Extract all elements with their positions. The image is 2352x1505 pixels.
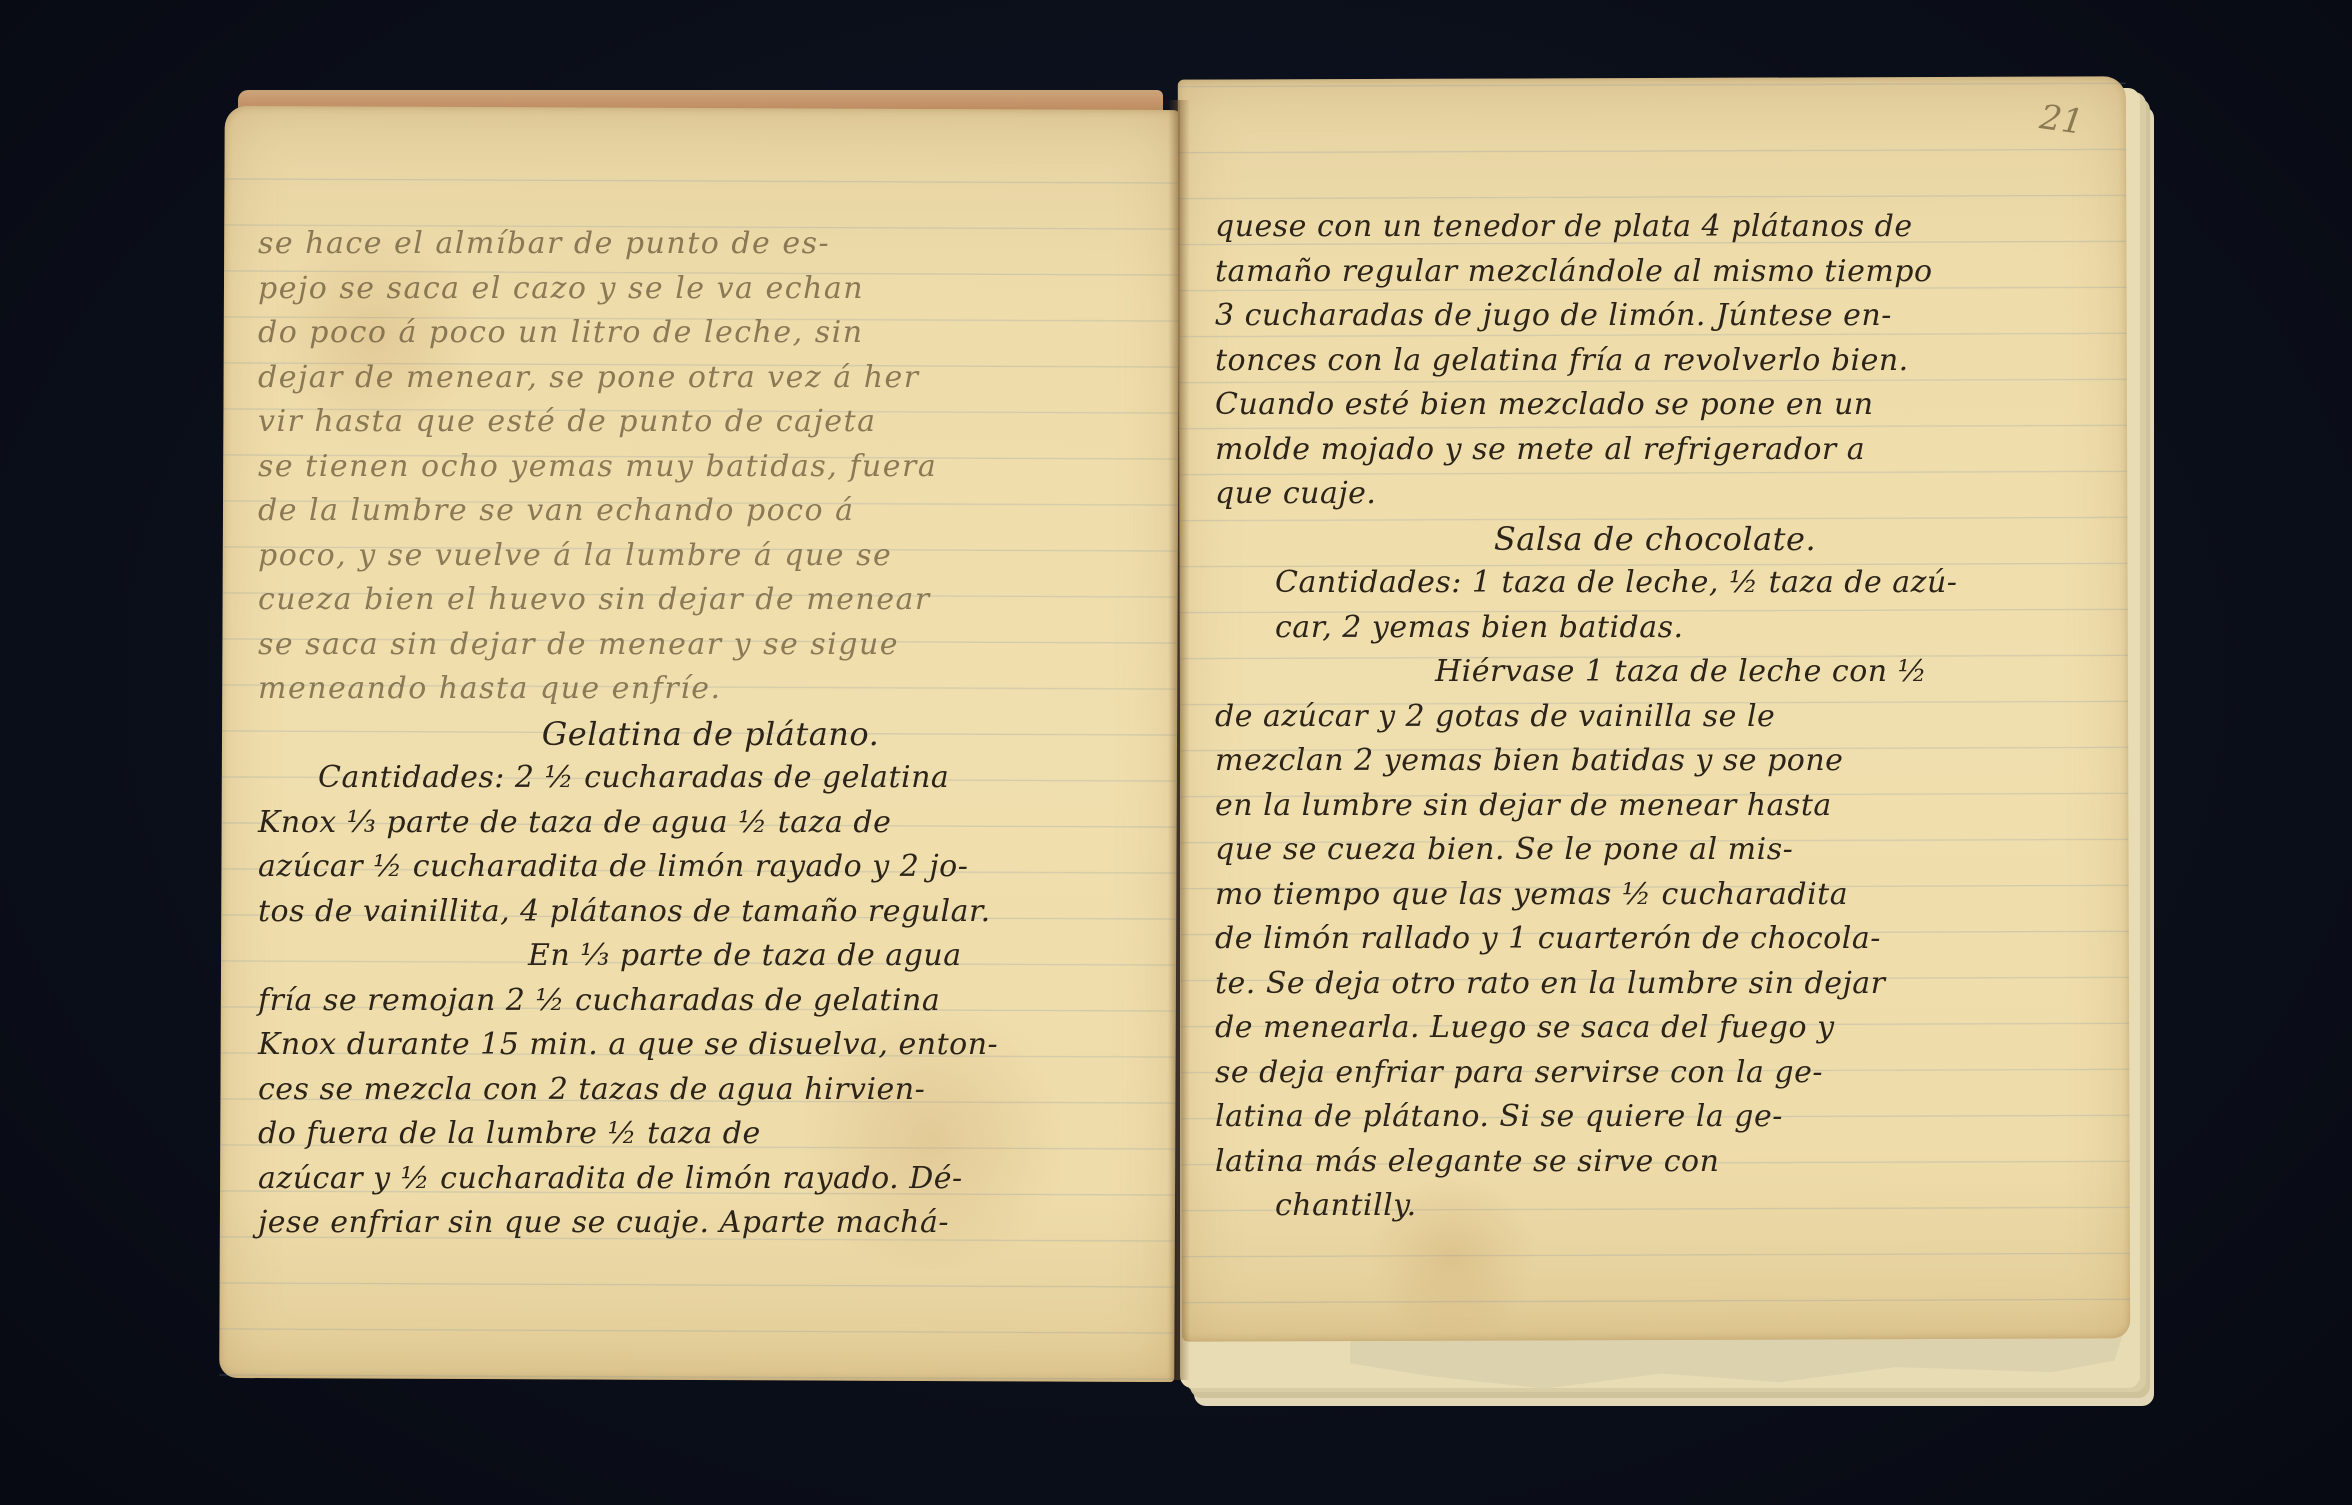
- text-line: meneando hasta que enfríe.: [258, 667, 1163, 712]
- instruction-line: de menearla. Luego se saca del fuego y: [1215, 1006, 2095, 1051]
- instruction-line: Knox durante 15 min. a que se disuelva, …: [258, 1023, 1163, 1068]
- instruction-line: Hiérvase 1 taza de leche con ½: [1215, 650, 2095, 695]
- book-gutter: [1168, 100, 1190, 1380]
- text-line: vir hasta que esté de punto de cajeta: [258, 400, 1163, 445]
- continued-recipe-text: se hace el almíbar de punto de es- pejo …: [258, 222, 1163, 712]
- ingredients-list: Cantidades: 2 ½ cucharadas de gelatina K…: [258, 756, 1163, 934]
- instruction-line: en la lumbre sin dejar de menear hasta: [1215, 784, 2095, 829]
- recipe-title-salsa: Salsa de chocolate.: [1215, 517, 2095, 562]
- instruction-line: latina más elegante se sirve con: [1215, 1140, 2095, 1185]
- instruction-line: que se cueza bien. Se le pone al mis-: [1215, 828, 2095, 873]
- instruction-line: de azúcar y 2 gotas de vainilla se le: [1215, 695, 2095, 740]
- instruction-line: se deja enfriar para servirse con la ge-: [1215, 1051, 2095, 1096]
- instruction-line: mo tiempo que las yemas ½ cucharadita: [1215, 873, 2095, 918]
- text-line: Cuando esté bien mezclado se pone en un: [1215, 383, 2095, 428]
- text-line: poco, y se vuelve á la lumbre á que se: [258, 534, 1163, 579]
- notebook-spread: 21 se hace el almíbar de punto de es- pe…: [0, 0, 2352, 1505]
- text-line: se tienen ocho yemas muy batidas, fuera: [258, 445, 1163, 490]
- ingredient-line: Cantidades: 2 ½ cucharadas de gelatina: [258, 756, 1163, 801]
- ingredient-line: Knox ⅓ parte de taza de agua ½ taza de: [258, 801, 1163, 846]
- text-line: 3 cucharadas de jugo de limón. Júntese e…: [1215, 294, 2095, 339]
- ingredient-line: Cantidades: 1 taza de leche, ½ taza de a…: [1215, 561, 2095, 606]
- continued-recipe-text: quese con un tenedor de plata 4 plátanos…: [1215, 205, 2095, 517]
- instruction-line: latina de plátano. Si se quiere la ge-: [1215, 1095, 2095, 1140]
- text-line: de la lumbre se van echando poco á: [258, 489, 1163, 534]
- instruction-line: te. Se deja otro rato en la lumbre sin d…: [1215, 962, 2095, 1007]
- text-line: cueza bien el huevo sin dejar de menear: [258, 578, 1163, 623]
- instruction-line: azúcar y ½ cucharadita de limón rayado. …: [258, 1157, 1163, 1202]
- instruction-line: fría se remojan 2 ½ cucharadas de gelati…: [258, 979, 1163, 1024]
- ingredient-line: tos de vainillita, 4 plátanos de tamaño …: [258, 890, 1163, 935]
- text-line: quese con un tenedor de plata 4 plátanos…: [1215, 205, 2095, 250]
- text-line: tamaño regular mezclándole al mismo tiem…: [1215, 250, 2095, 295]
- text-line: dejar de menear, se pone otra vez á her: [258, 356, 1163, 401]
- text-line: do poco á poco un litro de leche, sin: [258, 311, 1163, 356]
- instruction-line: chantilly.: [1215, 1184, 2095, 1229]
- instructions: Hiérvase 1 taza de leche con ½ de azúcar…: [1215, 650, 2095, 1229]
- left-page-text: se hace el almíbar de punto de es- pejo …: [258, 222, 1163, 1246]
- page-number: 21: [2037, 97, 2085, 143]
- instruction-line: do fuera de la lumbre ½ taza de: [258, 1112, 1163, 1157]
- text-line: que cuaje.: [1215, 472, 2095, 517]
- text-line: pejo se saca el cazo y se le va echan: [258, 267, 1163, 312]
- recipe-title-gelatina: Gelatina de plátano.: [258, 712, 1163, 757]
- instruction-line: ces se mezcla con 2 tazas de agua hirvie…: [258, 1068, 1163, 1113]
- instructions: En ⅓ parte de taza de agua fría se remoj…: [258, 934, 1163, 1246]
- right-page-text: quese con un tenedor de plata 4 plátanos…: [1215, 205, 2095, 1229]
- instruction-line: En ⅓ parte de taza de agua: [258, 934, 1163, 979]
- text-line: se hace el almíbar de punto de es-: [258, 222, 1163, 267]
- ingredient-line: car, 2 yemas bien batidas.: [1215, 606, 2095, 651]
- text-line: se saca sin dejar de menear y se sigue: [258, 623, 1163, 668]
- ingredient-line: azúcar ½ cucharadita de limón rayado y 2…: [258, 845, 1163, 890]
- text-line: tonces con la gelatina fría a revolverlo…: [1215, 339, 2095, 384]
- ingredients-list: Cantidades: 1 taza de leche, ½ taza de a…: [1215, 561, 2095, 650]
- instruction-line: jese enfriar sin que se cuaje. Aparte ma…: [258, 1201, 1163, 1246]
- instruction-line: de limón rallado y 1 cuarterón de chocol…: [1215, 917, 2095, 962]
- text-line: molde mojado y se mete al refrigerador a: [1215, 428, 2095, 473]
- instruction-line: mezclan 2 yemas bien batidas y se pone: [1215, 739, 2095, 784]
